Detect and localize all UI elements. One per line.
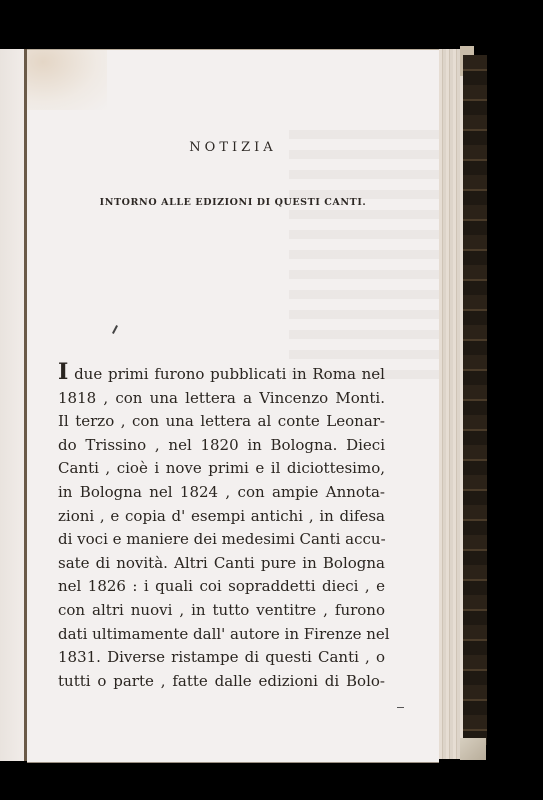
text-line: in Bologna nel 1824 , con ampie Annota- [58, 481, 385, 505]
book-page: NOTIZIA INTORNO ALLE EDIZIONI DI QUESTI … [27, 49, 439, 763]
drop-cap: I [58, 359, 68, 385]
page-title: NOTIZIA [27, 140, 439, 155]
book-spine [463, 55, 487, 745]
ink-dash [397, 707, 404, 708]
text-line: Canti , cioè i nove primi e il diciottes… [58, 457, 385, 481]
show-through-text [289, 130, 439, 390]
text-line: Il terzo , con una lettera al conte Leon… [58, 410, 385, 434]
pen-mark [112, 325, 118, 334]
text-line: 1831. Diverse ristampe di questi Canti ,… [58, 646, 385, 670]
folded-corner [460, 738, 486, 760]
text-line: nel 1826 : i quali coi sopraddetti dieci… [58, 575, 385, 599]
paper-stain [27, 50, 107, 110]
text-line: 1818 , con una lettera a Vincenzo Monti. [58, 387, 385, 411]
text-line: con altri nuovi , in tutto ventitre , fu… [58, 599, 385, 623]
page-subtitle: INTORNO ALLE EDIZIONI DI QUESTI CANTI. [27, 197, 439, 208]
text-line: sate di novità. Altri Canti pure in Bolo… [58, 552, 385, 576]
text-line: zioni , e copia d' esempi antichi , in d… [58, 505, 385, 529]
text-line: di voci e maniere dei medesimi Canti acc… [58, 528, 385, 552]
body-text: I due primi furono pubblicati in Roma ne… [58, 363, 385, 693]
text-line: tutti o parte , fatte dalle edizioni di … [58, 670, 385, 694]
page-block-edges [439, 49, 463, 759]
text-line: dati ultimamente dall' autore in Firenze… [58, 623, 385, 647]
text-line: do Trissino , nel 1820 in Bologna. Dieci [58, 434, 385, 458]
facing-page-edge [0, 49, 25, 761]
text-line: I due primi furono pubblicati in Roma ne… [58, 363, 385, 387]
